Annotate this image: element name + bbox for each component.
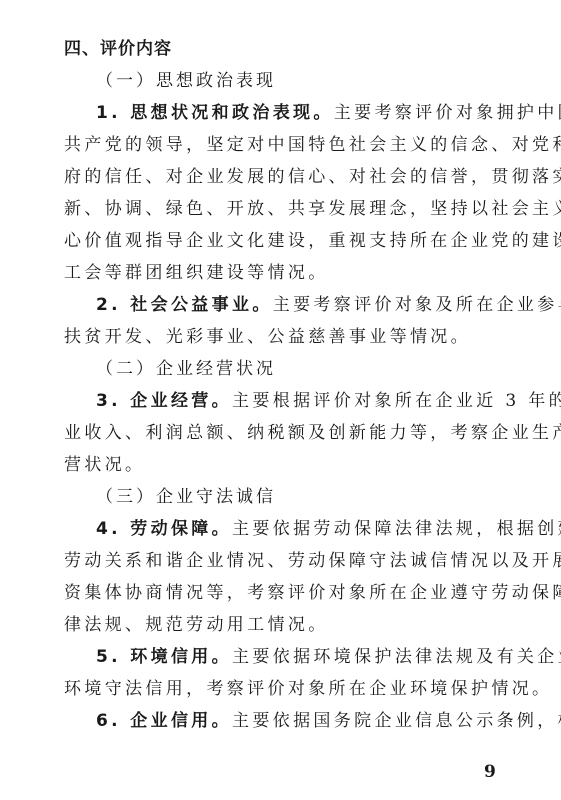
paragraph-2-line-2: 扶贫开发、光彩事业、公益慈善事业等情况。 [64,326,514,348]
paragraph-5-line-1: 5. 环境信用。主要依据环境保护法律法规及有关企业 [96,646,546,668]
paragraph-1-line-6: 工会等群团组织建设等情况。 [64,262,514,284]
paragraph-5-line-2: 环境守法信用，考察评价对象所在企业环境保护情况。 [64,678,514,700]
paragraph-4-line-3: 资集体协商情况等，考察评价对象所在企业遵守劳动保障法 [64,582,514,604]
item-5-title: 5. 环境信用。 [96,647,232,667]
paragraph-6-line-1: 6. 企业信用。主要依据国务院企业信息公示条例，根 [96,710,546,732]
subsection-heading-2: （二）企业经营状况 [96,358,546,380]
paragraph-3-line-1: 3. 企业经营。主要根据评价对象所在企业近 3 年的营 [96,390,546,412]
item-1-text: 主要考察评价对象拥护中国 [334,103,561,123]
item-1-title: 1. 思想状况和政治表现。 [96,103,334,123]
paragraph-3-line-2: 业收入、利润总额、纳税额及创新能力等，考察企业生产经 [64,422,514,444]
section-heading: 四、评价内容 [64,38,514,60]
paragraph-4-line-4: 律法规、规范劳动用工情况。 [64,614,514,636]
subsection-heading-3: （三）企业守法诚信 [96,486,546,508]
paragraph-2-line-1: 2. 社会公益事业。主要考察评价对象及所在企业参与 [96,294,546,316]
paragraph-1-line-2: 共产党的领导，坚定对中国特色社会主义的信念、对党和政 [64,134,514,156]
item-3-text: 主要根据评价对象所在企业近 3 年的营 [232,391,561,411]
paragraph-4-line-1: 4. 劳动保障。主要依据劳动保障法律法规，根据创建 [96,518,546,540]
paragraph-1-line-5: 心价值观指导企业文化建设，重视支持所在企业党的建设和 [64,230,514,252]
paragraph-1-line-3: 府的信任、对企业发展的信心、对社会的信誉，贯彻落实创 [64,166,514,188]
item-4-text: 主要依据劳动保障法律法规，根据创建 [232,519,561,539]
paragraph-1-line-1: 1. 思想状况和政治表现。主要考察评价对象拥护中国 [96,102,546,124]
item-6-text: 主要依据国务院企业信息公示条例，根 [232,711,561,731]
paragraph-1-line-4: 新、协调、绿色、开放、共享发展理念，坚持以社会主义核 [64,198,514,220]
document-page: 四、评价内容 （一）思想政治表现 1. 思想状况和政治表现。主要考察评价对象拥护… [0,0,561,800]
subsection-heading-1: （一）思想政治表现 [96,70,546,92]
item-3-title: 3. 企业经营。 [96,391,232,411]
paragraph-3-line-3: 营状况。 [64,454,514,476]
paragraph-4-line-2: 劳动关系和谐企业情况、劳动保障守法诚信情况以及开展工 [64,550,514,572]
item-2-text: 主要考察评价对象及所在企业参与 [273,295,561,315]
page-number: 9 [484,762,496,782]
item-4-title: 4. 劳动保障。 [96,519,232,539]
item-6-title: 6. 企业信用。 [96,711,232,731]
item-5-text: 主要依据环境保护法律法规及有关企业 [232,647,561,667]
item-2-title: 2. 社会公益事业。 [96,295,273,315]
